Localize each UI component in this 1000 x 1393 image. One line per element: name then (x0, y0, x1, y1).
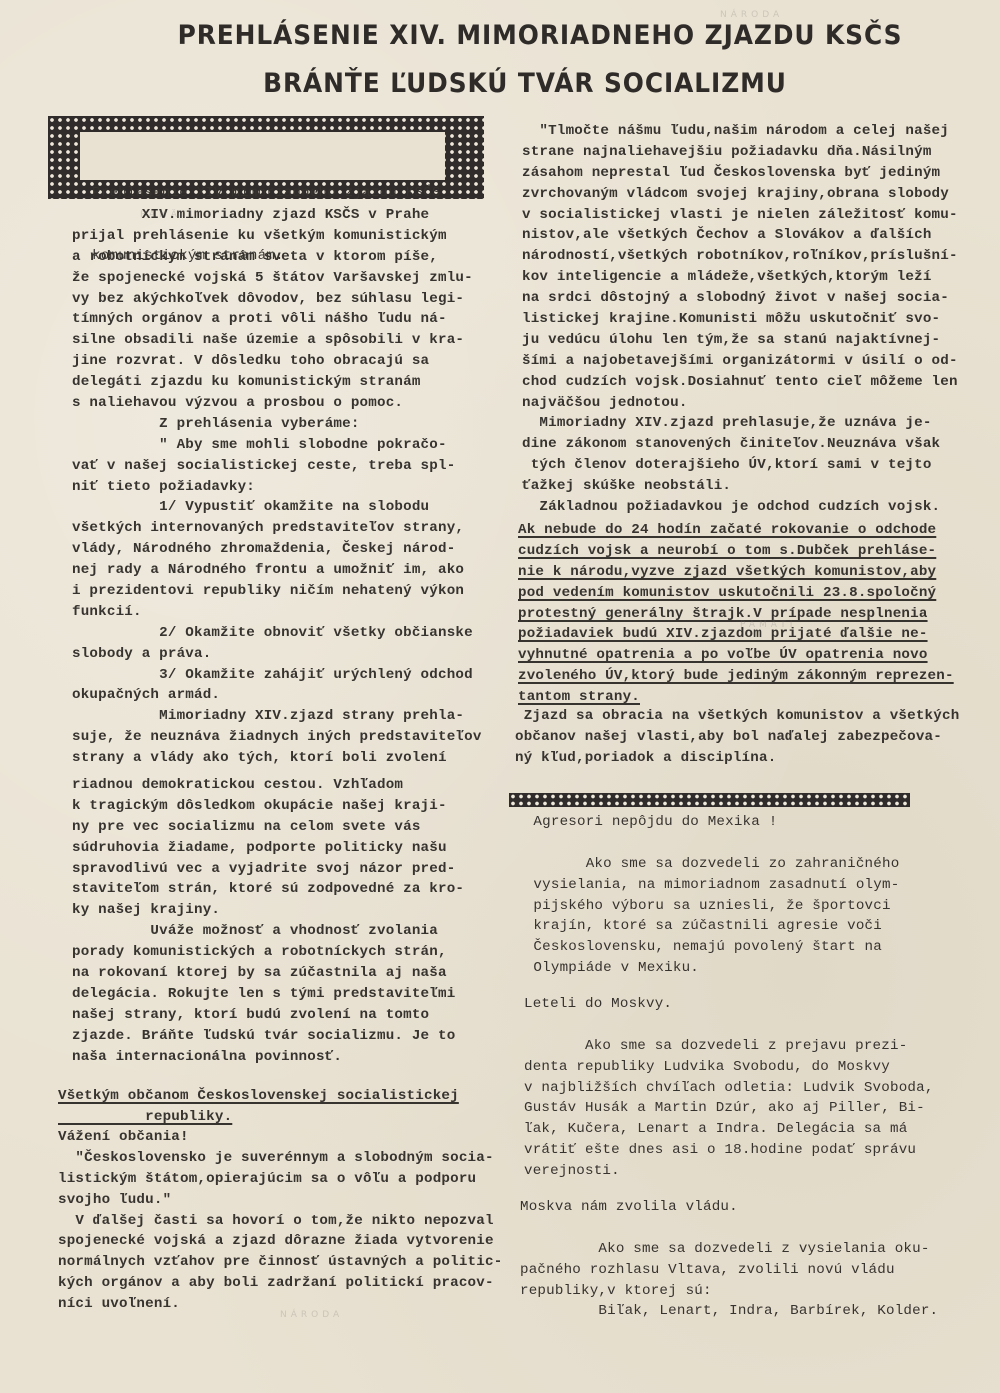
text-line: spravodlivú vec a vyjadrite svoj názor p… (72, 859, 464, 880)
text-line: spojenecké vojská a zjazd dôrazne žiada … (58, 1231, 502, 1252)
text-line: pačného rozhlasu Vltava, zvolili novú vl… (520, 1260, 938, 1281)
text-line: "Tlmočte nášmu ľudu,našim národom a cele… (522, 121, 958, 142)
text-line: prijal prehlásenie ku všetkým komunistic… (72, 226, 482, 247)
text-line: súdruhovia žiadame, podporte politicky n… (72, 838, 464, 859)
text-line: cudzích vojsk a neurobí o tom s.Dubček p… (518, 541, 954, 562)
text-line: protestný generálny štrajk.V prípade nes… (518, 604, 954, 625)
watermark: NÁRODA (280, 1310, 343, 1320)
text-line: Ako sme sa dozvedeli z prejavu prezi- (524, 1036, 934, 1057)
news-heading: Leteli do Moskvy. (524, 994, 934, 1015)
left-intro-text: XIV.mimoriadny zjazd KSČS v Praheprijal … (72, 205, 482, 769)
text-line: na rokovaní ktorej by sa zúčastnila aj n… (72, 963, 464, 984)
text-line: strany a vlády ako tých, ktorí boli zvol… (72, 748, 482, 769)
text-line: listickým štátom,opierajúcim sa o vôľu a… (58, 1169, 502, 1190)
text-line: porady komunistických a robotníckych str… (72, 942, 464, 963)
closing-text: Zjazd sa obracia na všetkých komunistov … (515, 706, 959, 769)
text-line: " Aby sme mohli slobodne pokračo- (72, 435, 482, 456)
text-line: slobody a práva. (72, 644, 482, 665)
news-heading: Agresori nepôjdu do Mexika ! (516, 812, 899, 833)
text-line: že spojenecké vojská 5 štátov Varšavskej… (72, 268, 482, 289)
text-line: Československu, nemajú povolený štart na (516, 937, 899, 958)
text-line: ky našej krajiny. (72, 900, 464, 921)
watermark: NÁRODA (720, 10, 783, 20)
subtitle: BRÁNŤE ĽUDSKÚ TVÁR SOCIALIZMU (65, 68, 985, 99)
text-line: chod cudzích vojsk.Dosiahnuť tento cieľ … (522, 372, 958, 393)
text-line: zásahom neprestal ľud Československa byť… (522, 163, 958, 184)
text-line: Z prehlásenia vyberáme: (72, 414, 482, 435)
text-line: 1/ Vypustiť okamžite na slobodu (72, 497, 482, 518)
text-line (520, 1218, 938, 1239)
text-line: ťažkej skúške neobstáli. (522, 476, 958, 497)
text-line: národností,všetkých robotníkov,roľníkov,… (522, 246, 958, 267)
watermark: PAMÄTI (740, 620, 796, 630)
text-line: delegáti zjazdu ku komunistickým stranám (72, 372, 482, 393)
text-line: všetkých internovaných predstaviteľov st… (72, 518, 482, 539)
text-line: listickej krajine.Komunisti môžu uskutoč… (522, 309, 958, 330)
text-line: dine zákonom stanovených činiteľov.Neuzn… (522, 434, 958, 455)
text-line: verejnosti. (524, 1161, 934, 1182)
text-line: i prezidentovi republiky ničím nehatený … (72, 581, 482, 602)
text-line: ny pre vec socializmu na celom svete vás (72, 817, 464, 838)
text-line: šími a najobetavejšími organizátormi v ú… (522, 351, 958, 372)
text-line: vrátiť ešte dnes asi o 18.hodine podať s… (524, 1140, 934, 1161)
text-line: Mimoriadny XIV.zjazd prehlasuje,že uznáv… (522, 413, 958, 434)
text-line: krajín, ktoré sa zúčastnili agresie voči (516, 916, 899, 937)
text-line: tímných orgánov a proti vôli nášho ľudu … (72, 309, 482, 330)
text-line: k tragickým dôsledkom okupácie našej kra… (72, 796, 464, 817)
text-line: delegácia. Rokujte len s tými predstavit… (72, 984, 464, 1005)
text-line (516, 833, 899, 854)
ultimatum-underlined: Ak nebude do 24 hodín začaté rokovanie o… (518, 520, 954, 708)
text-line: vať v našej socialistickej ceste, treba … (72, 456, 482, 477)
text-line: republiky. (58, 1107, 459, 1128)
main-title: PREHLÁSENIE XIV. MIMORIADNEHO ZJAZDU KSČ… (80, 20, 1000, 51)
text-line: vyhnutné opatrenia a po voľbe ÚV opatren… (518, 645, 954, 666)
text-line: riadnou demokratickou cestou. Vzhľadom (72, 775, 464, 796)
text-line: kov inteligencie a mládeže,všetkých,ktor… (522, 267, 958, 288)
dotted-divider (509, 793, 910, 807)
text-line: Ak nebude do 24 hodín začaté rokovanie o… (518, 520, 954, 541)
text-line: s naliehavou výzvou a prosbou o pomoc. (72, 393, 482, 414)
text-line: staviteľom strán, ktoré sú zodpovedné za… (72, 879, 464, 900)
text-line: vysielania, na mimoriadnom zasadnutí oly… (516, 875, 899, 896)
text-line: Biľak, Lenart, Indra, Barbírek, Kolder. (520, 1301, 938, 1322)
text-line: zvrchovaným vládcom svojej krajiny,obran… (522, 184, 958, 205)
text-line: Mimoriadny XIV.zjazd strany prehla- (72, 706, 482, 727)
text-line: vy bez akýchkoľvek dôvodov, bez súhlasu … (72, 289, 482, 310)
text-line: Ako sme sa dozvedeli z vysielania oku- (520, 1239, 938, 1260)
text-line: pod vedením komunistov uskutočnili 23.8.… (518, 583, 954, 604)
text-line: v socialistickej vlasti je nielen záleži… (522, 205, 958, 226)
text-line: Vážení občania! (58, 1127, 502, 1148)
text-line: naša internacionálna povinnosť. (72, 1047, 464, 1068)
text-line: najväčšou jednotou. (522, 393, 958, 414)
text-line: Základnou požiadavkou je odchod cudzích … (522, 497, 958, 518)
text-line: XIV.mimoriadny zjazd KSČS v Prahe (72, 205, 482, 226)
citizens-heading: Všetkým občanom Československej socialis… (58, 1086, 459, 1128)
news-heading: Moskva nám zvolila vládu. (520, 1197, 938, 1218)
text-line: požiadaviek budú XIV.zjazdom prijaté ďal… (518, 624, 954, 645)
text-line: tých členov doterajšieho ÚV,ktorí sami v… (522, 455, 958, 476)
text-line: jine rozvrat. V dôsledku toho obracajú s… (72, 351, 482, 372)
news-moscow-flight: Leteli do Moskvy. Ako sme sa dozvedeli z… (524, 994, 934, 1182)
text-line: zvoleného ÚV,ktorý bude jediným zákonným… (518, 666, 954, 687)
text-line: a robotníckym stranám sveta v ktorom píš… (72, 247, 482, 268)
citizens-body: Vážení občania! "Československo je suver… (58, 1127, 502, 1315)
text-line: Zjazd sa obracia na všetkých komunistov … (515, 706, 959, 727)
text-line: Všetkým občanom Československej socialis… (58, 1086, 459, 1107)
text-line: 3/ Okamžite zahájiť urýchlený odchod (72, 665, 482, 686)
text-line: niť tieto požiadavky: (72, 477, 482, 498)
text-line: našej strany, ktorí budú zvolení na tomt… (72, 1005, 464, 1026)
text-line: Uváže možnosť a vhodnosť zvolania (72, 921, 464, 942)
text-line: 2/ Okamžite obnoviť všetky občianske (72, 623, 482, 644)
text-line: nie k národu,vyzve zjazd všetkých komuni… (518, 562, 954, 583)
text-line: pijského výboru sa uzniesli, že športovc… (516, 896, 899, 917)
text-line: v najbližších chvíľach odletia: Ludvik S… (524, 1078, 934, 1099)
text-line: suje, že neuznáva žiadnych iných predsta… (72, 727, 482, 748)
text-line (524, 1015, 934, 1036)
appeal-text: "Tlmočte nášmu ľudu,našim národom a cele… (522, 121, 958, 518)
text-line: Olympiáde v Mexiku. (516, 958, 899, 979)
text-line: republiky,v ktorej sú: (520, 1281, 938, 1302)
text-line: silne obsadili naše územie a spôsobili v… (72, 330, 482, 351)
text-line: V ďalšej časti sa hovorí o tom,že nikto … (58, 1211, 502, 1232)
text-line: svojho ľudu." (58, 1190, 502, 1211)
text-line: denta republiky Ludvika Svobodu, do Mosk… (524, 1057, 934, 1078)
text-line: funkcií. (72, 602, 482, 623)
text-line: tantom strany. (518, 687, 954, 708)
text-line: vlády, Národného zhromaždenia, Českej ná… (72, 539, 482, 560)
text-line: nistov,ale všetkých Čechov a Slovákov a … (522, 225, 958, 246)
watermark: PAMÄTI (140, 210, 196, 220)
text-line: "Československo je suverénnym a slobodný… (58, 1148, 502, 1169)
text-line: strane najnaliehavejšiu požiadavku dňa.N… (522, 142, 958, 163)
text-line: Gustáv Husák a Martin Dzúr, ako aj Pille… (524, 1098, 934, 1119)
text-line: ný kľud,poriadok a disciplína. (515, 748, 959, 769)
text-line: ľak, Kučera, Lenart a Indra. Delegácia s… (524, 1119, 934, 1140)
text-line: normálnych vzťahov pre činnosť ústavných… (58, 1252, 502, 1273)
text-line: Ako sme sa dozvedeli zo zahraničného (516, 854, 899, 875)
text-line: na srdci dôstojný a slobodný život v naš… (522, 288, 958, 309)
text-line: nej rady a Národného frontu a umožniť im… (72, 560, 482, 581)
text-line: zjazde. Bráňte ľudskú tvár socializmu. J… (72, 1026, 464, 1047)
text-line: okupačných armád. (72, 685, 482, 706)
news-government: Moskva nám zvolila vládu. Ako sme sa doz… (520, 1197, 938, 1322)
text-line: ju vedúcu úlohu len tým,že sa stanú naja… (522, 330, 958, 351)
left-continuation-text: riadnou demokratickou cestou. Vzhľadomk … (72, 775, 464, 1067)
text-line: občanov našej vlasti,aby bol naďalej zab… (515, 727, 959, 748)
text-line: kých orgánov a aby boli zadržaní politic… (58, 1273, 502, 1294)
news-mexico: Agresori nepôjdu do Mexika ! Ako sme sa … (516, 812, 899, 979)
